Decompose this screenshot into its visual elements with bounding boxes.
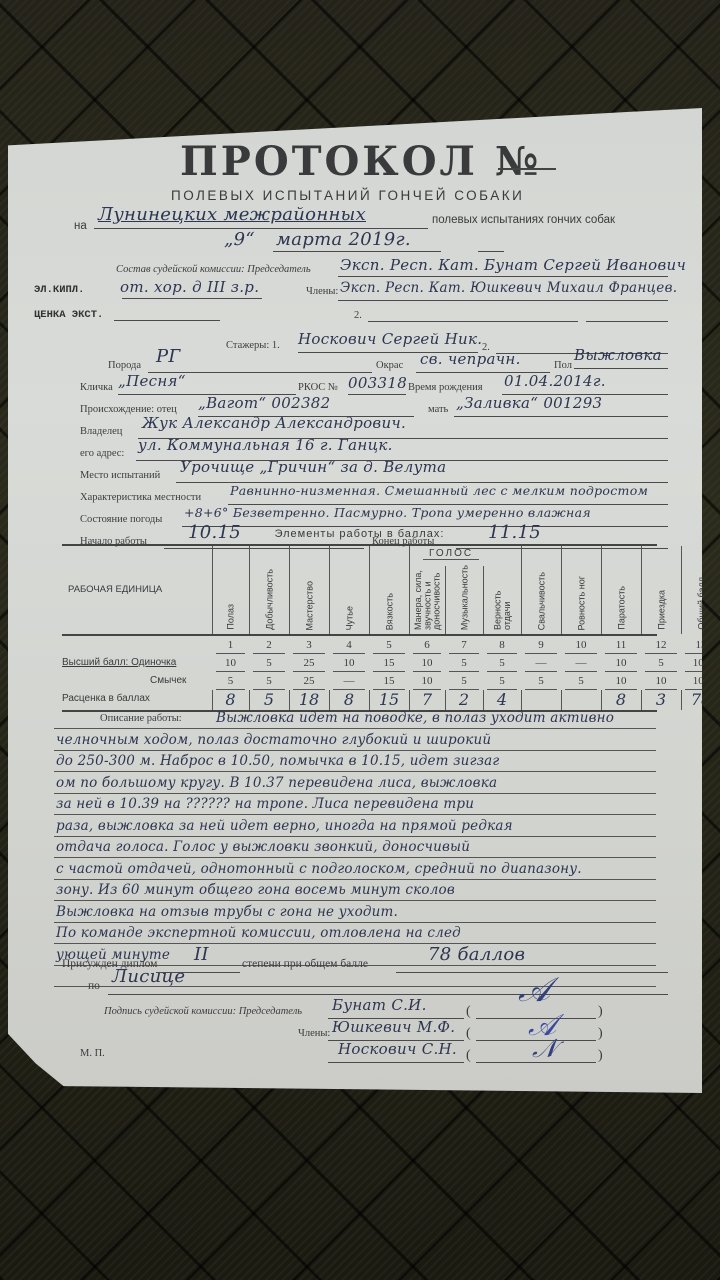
member-2-signature: 𝒩	[532, 1034, 557, 1065]
trainees-label: Стажеры: 1.	[226, 340, 280, 351]
table-cell: 7	[413, 690, 441, 708]
paren-close-2: )	[598, 1026, 603, 1042]
description-line: По команде экспертной комиссии, отловлен…	[56, 925, 461, 941]
column-header-label: Свальчивость	[537, 572, 546, 630]
table-cell: 100	[685, 654, 717, 672]
table-cell: 5	[487, 654, 517, 672]
table-cell: —	[565, 654, 597, 672]
column-separator	[521, 690, 522, 710]
table-cell: 5	[253, 654, 285, 672]
column-header: Полаз	[212, 546, 249, 634]
column-header-label: Общий балл	[697, 577, 706, 630]
description-rule	[54, 814, 656, 815]
column-separator	[601, 690, 602, 710]
table-cell: 5	[525, 672, 557, 690]
table-cell: 25	[293, 672, 325, 690]
table-cell: 5	[216, 672, 245, 690]
table-cell: 8	[333, 690, 365, 708]
description-line: Выжловка идет на поводке, в полаз уходит…	[216, 710, 614, 726]
column-header-label: Приездка	[657, 590, 666, 630]
table-cell: 100	[685, 672, 717, 690]
stamp-label: М. П.	[80, 1048, 105, 1059]
column-header-label: Полаз	[226, 604, 235, 630]
column-header-label: Ровность ног	[577, 576, 586, 630]
description-rule	[54, 771, 656, 772]
on-label: на	[74, 220, 87, 232]
otsenka-label: ЦЕНКА ЭКСТ.	[34, 309, 103, 321]
paren-open: (	[466, 1004, 471, 1020]
description-line: зону. Из 60 минут общего гона восемь мин…	[56, 882, 455, 898]
table-cell: 18	[293, 690, 325, 708]
terrain: Равнинно-низменная. Смешанный лес с мелк…	[230, 483, 648, 498]
column-separator	[369, 690, 370, 710]
father: „Вагот“ 002382	[198, 394, 330, 412]
diploma-degree: II	[194, 944, 209, 965]
otsenka-line	[114, 320, 220, 321]
terrain-label: Характеристика местности	[80, 492, 201, 503]
column-header: Общий балл	[681, 546, 720, 634]
place-label: Место испытаний	[80, 470, 160, 481]
document-title: ПРОТОКОЛ №	[180, 138, 541, 185]
commission-label: Состав судейской комиссии: Председатель	[116, 264, 311, 275]
second-member-extra-line	[586, 321, 668, 322]
total-score: 78 баллов	[428, 944, 525, 965]
owner-label: Владелец	[80, 426, 122, 437]
breed: РГ	[156, 346, 181, 367]
signature-label: Подпись судейской комиссии: Председатель	[104, 1006, 302, 1017]
weather-line	[182, 526, 668, 527]
weather: +8+6° Безветренно. Пасмурно. Тропа умере…	[184, 505, 591, 520]
table-cell: 8	[216, 690, 245, 708]
color-label: Окрас	[376, 360, 403, 371]
description-line: с частой отдачей, однотонный с подголоск…	[56, 861, 582, 877]
column-header: Мастерство	[289, 546, 329, 634]
rkos-number: 003318	[348, 374, 407, 392]
paren-close-3: )	[598, 1048, 603, 1064]
row-label: Смычек	[150, 672, 186, 690]
table-cell	[565, 690, 597, 708]
owner: Жук Александр Александрович.	[142, 414, 406, 432]
sex-label: Пол	[554, 360, 572, 371]
table-cell: 8	[487, 636, 517, 654]
column-header: Манера, сила, звучность и доносчивость	[409, 546, 445, 634]
sig-members-label: Члены:	[298, 1028, 330, 1039]
table-cell: 9	[525, 636, 557, 654]
column-separator	[681, 690, 682, 710]
description-label: Описание работы:	[100, 713, 182, 724]
address-label: его адрес:	[80, 448, 124, 459]
table-cell: 10	[413, 654, 441, 672]
description-line: Выжловка на отзыв трубы с гона не уходит…	[56, 904, 398, 920]
place: Урочище „Гричин“ за д. Велута	[180, 458, 446, 476]
scores-table: Элементы работы в баллах: РАБОЧАЯ ЕДИНИЦ…	[62, 528, 657, 712]
table-cell: 8	[605, 690, 637, 708]
table-title: Элементы работы в баллах:	[62, 528, 657, 540]
description-line: за ней в 10.39 на ?????? на тропе. Лиса …	[56, 796, 474, 812]
color: св. чепрачн.	[420, 350, 521, 368]
description-rule	[54, 922, 656, 923]
table-cell: 15	[373, 654, 405, 672]
table-cell: 5	[373, 636, 405, 654]
table-cell: 5	[487, 672, 517, 690]
table-cell: 3	[645, 690, 677, 708]
column-header-label: Паратость	[617, 586, 626, 630]
table-cell: 13	[685, 636, 717, 654]
second-member-line	[368, 321, 578, 322]
table-cell: 12	[645, 636, 677, 654]
row-label: Высший балл: Одиночка	[62, 654, 176, 672]
table-cell: 5	[565, 672, 597, 690]
column-header-label: Верность отдачи	[493, 566, 512, 630]
chairman-line	[338, 276, 668, 277]
description-rule	[54, 879, 656, 880]
table-cell: 10	[413, 672, 441, 690]
table-cell: 25	[293, 654, 325, 672]
el-kipl-label: ЭЛ.КИПЛ.	[34, 284, 84, 296]
table-cell: 11	[605, 636, 637, 654]
table-row: Смычек5525—151055551010100	[62, 672, 657, 690]
description-rule	[54, 750, 656, 751]
trainee-1: Носкович Сергей Ник.	[298, 330, 482, 348]
commission-members: Эксп. Респ. Кат. Юшкевич Михаил Францев.	[340, 280, 677, 296]
table-cell	[525, 690, 557, 708]
member-2-line	[328, 1062, 464, 1063]
date-line	[273, 251, 441, 252]
table-cell: 4	[487, 690, 517, 708]
description-line: ом по большому кругу. В 10.37 перевидена…	[56, 775, 497, 791]
column-header: Ровность ног	[561, 546, 601, 634]
description-rule	[54, 793, 656, 794]
el-kipl-line	[122, 298, 262, 299]
members-line	[338, 300, 668, 301]
table-cell: 7	[449, 636, 479, 654]
chairman-signature: 𝒜	[518, 970, 550, 1010]
column-header-label: Чутье	[345, 606, 354, 630]
column-header: Паратость	[601, 546, 641, 634]
column-separator	[641, 690, 642, 710]
table-cell: 4	[333, 636, 365, 654]
description-rule	[54, 836, 656, 837]
description-line: до 250-300 м. Наброс в 10.50, помычка в …	[56, 753, 499, 769]
sex: Выжловка	[574, 346, 662, 364]
rkos-label: РКОС №	[298, 382, 338, 393]
description-line: отдача голоса. Голос у выжловки звонкий,…	[56, 839, 470, 855]
table-row: Высший балл: Одиночка1052510151055——1051…	[62, 654, 657, 672]
paren-open-3: (	[466, 1048, 471, 1064]
description-rule	[54, 728, 656, 729]
table-cell: 3	[293, 636, 325, 654]
paren-close: )	[598, 1004, 603, 1020]
rkos-line	[348, 394, 406, 395]
table-cell: 10	[605, 654, 637, 672]
column-header: Верность отдачи	[483, 566, 521, 634]
column-header-label: Манера, сила, звучность и доносчивость	[413, 564, 441, 630]
column-header: Музыкальность	[445, 566, 483, 634]
column-separator	[212, 690, 213, 710]
table-cell: 2	[253, 636, 285, 654]
event-name: Лунинецких межрайонных	[98, 204, 366, 225]
mother: „Заливка“ 001293	[456, 394, 602, 412]
table-cell: 78	[685, 690, 717, 708]
column-separator	[409, 690, 410, 710]
el-kipl-value: от. хор. д III з.р.	[120, 278, 259, 296]
table-cell: 6	[413, 636, 441, 654]
column-separator	[483, 690, 484, 710]
by-value: Лисице	[112, 966, 185, 987]
column-header: Приездка	[641, 546, 681, 634]
member-2-name: Носкович С.Н.	[338, 1040, 457, 1058]
table-cell: 5	[253, 690, 285, 708]
table-cell: 10	[645, 672, 677, 690]
birth-label: Время рождения	[408, 382, 483, 393]
sex-line	[574, 368, 668, 369]
column-separator	[561, 690, 562, 710]
table-body: 1234567891011121314Высший балл: Одиночка…	[62, 636, 657, 712]
protocol-document: ПРОТОКОЛ № ПОЛЕВЫХ ИСПЫТАНИЙ ГОНЧЕЙ СОБА…	[8, 108, 702, 1093]
date-suffix-line	[478, 251, 504, 252]
row-label: Расценка в баллах	[62, 690, 150, 708]
birth-date: 01.04.2014г.	[504, 372, 606, 390]
event-suffix: полевых испытаниях гончих собак	[432, 214, 615, 226]
table-cell: —	[333, 672, 365, 690]
date-month-year: марта 2019г.	[276, 229, 411, 250]
column-header-label: Мастерство	[305, 581, 314, 630]
table-cell: 1	[216, 636, 245, 654]
table-cell: 10	[605, 672, 637, 690]
unit-label: РАБОЧАЯ ЕДИНИЦА	[68, 584, 162, 595]
column-separator	[289, 690, 290, 710]
column-header-label: Вязкость	[385, 593, 394, 630]
date-day: „9“	[224, 229, 255, 250]
description-line: челночным ходом, полаз достаточно глубок…	[56, 732, 491, 748]
protocol-number-line	[498, 168, 556, 170]
table-cell: 15	[373, 690, 405, 708]
column-header: Вязкость	[369, 546, 409, 634]
members-label: Члены:	[306, 286, 338, 297]
column-header-label: Музыкальность	[460, 565, 469, 630]
commission-chairman: Эксп. Респ. Кат. Бунат Сергей Иванович	[340, 256, 686, 274]
table-cell: 5	[449, 672, 479, 690]
description-rule	[54, 943, 656, 944]
second-member-label: 2.	[354, 310, 362, 321]
by-label: по	[88, 980, 100, 992]
paren-open-2: (	[466, 1026, 471, 1042]
document-subtitle: ПОЛЕВЫХ ИСПЫТАНИЙ ГОНЧЕЙ СОБАКИ	[171, 188, 524, 203]
name-label: Кличка	[80, 382, 113, 393]
address: ул. Коммунальная 16 г. Ганцк.	[138, 436, 393, 454]
chairman-name: Бунат С.И.	[332, 996, 427, 1014]
member-1-name: Юшкевич М.Ф.	[332, 1018, 455, 1036]
column-header: Чутье	[329, 546, 369, 634]
description-line: раза, выжловка за ней идет верно, иногда…	[56, 818, 513, 834]
weather-label: Состояние погоды	[80, 514, 162, 525]
description-rule	[54, 857, 656, 858]
table-row: Расценка в баллах85188157248378II места	[62, 690, 657, 710]
table-cell: 5	[645, 654, 677, 672]
dog-name: „Песня“	[118, 372, 186, 390]
column-separator	[329, 690, 330, 710]
column-header: Добычливость	[249, 546, 289, 634]
mother-label: мать	[428, 404, 448, 415]
table-cell: 2	[449, 690, 479, 708]
table-cell: 10	[565, 636, 597, 654]
table-cell: 5	[253, 672, 285, 690]
by-line	[108, 994, 668, 995]
table-row: 1234567891011121314	[62, 636, 657, 654]
column-header: Свальчивость	[521, 546, 561, 634]
table-header: РАБОЧАЯ ЕДИНИЦА ГОЛОС ПолазДобычливостьМ…	[62, 544, 657, 636]
table-cell: 15	[373, 672, 405, 690]
degree-label: степени при общем балле	[242, 958, 368, 970]
table-cell: 5	[449, 654, 479, 672]
breed-label: Порода	[108, 360, 141, 371]
description-rule	[54, 900, 656, 901]
table-cell: 10	[333, 654, 365, 672]
mother-line	[454, 416, 668, 417]
table-cell: —	[525, 654, 557, 672]
table-cell: 10	[216, 654, 245, 672]
column-header-label: Добычливость	[265, 569, 274, 630]
column-separator	[445, 690, 446, 710]
column-separator	[249, 690, 250, 710]
